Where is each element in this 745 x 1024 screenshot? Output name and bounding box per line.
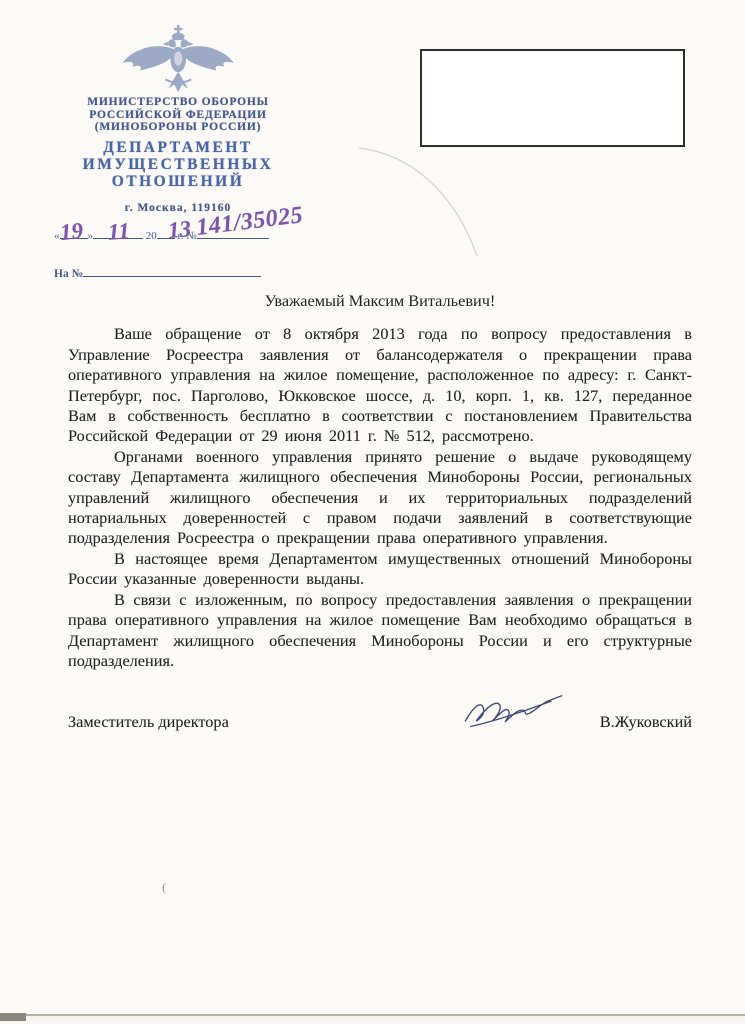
signature-right-group: В.Жуковский xyxy=(460,690,692,732)
letterhead: МИНИСТЕРСТВО ОБОРОНЫ РОССИЙСКОЙ ФЕДЕРАЦИ… xyxy=(52,24,304,280)
paragraph-4: В связи с изложенным, по вопросу предост… xyxy=(68,590,692,672)
ministry-name: МИНИСТЕРСТВО ОБОРОНЫ РОССИЙСКОЙ ФЕДЕРАЦИ… xyxy=(52,96,304,134)
handwritten-year: 13 xyxy=(167,216,192,241)
salutation: Уважаемый Максим Витальевич! xyxy=(68,291,692,311)
stray-scan-mark: ( xyxy=(162,880,166,895)
recipient-redaction-box xyxy=(420,49,685,147)
handwritten-month: 11 xyxy=(107,219,130,243)
paragraph-1: Ваше обращение от 8 октября 2013 года по… xyxy=(68,324,692,446)
scan-bottom-edge xyxy=(0,1014,745,1024)
department-name: ДЕПАРТАМЕНТ ИМУЩЕСТВЕННЫХ ОТНОШЕНИЙ xyxy=(52,139,304,190)
letter-body: Уважаемый Максим Витальевич! Ваше обраще… xyxy=(68,291,692,671)
scanned-letter-page: МИНИСТЕРСТВО ОБОРОНЫ РОССИЙСКОЙ ФЕДЕРАЦИ… xyxy=(0,0,745,1024)
paragraph-2: Органами военного управления принято реш… xyxy=(68,447,692,549)
date-number-form-line: «» 20 г. № 19 11 13 141/35025 xyxy=(52,228,304,250)
reference-blank xyxy=(83,266,261,277)
department-name-line: ИМУЩЕСТВЕННЫХ xyxy=(52,156,304,173)
paragraph-3: В настоящее время Департаментом имуществ… xyxy=(68,549,692,590)
century-prefix: 20 xyxy=(146,230,157,242)
signature-block: Заместитель директора В.Жуковский xyxy=(68,690,692,732)
signer-name: В.Жуковский xyxy=(600,712,692,732)
reference-label: На № xyxy=(54,268,83,280)
handwritten-signature-icon xyxy=(460,690,586,734)
ministry-name-line: РОССИЙСКОЙ ФЕДЕРАЦИИ xyxy=(52,109,304,122)
ministry-name-line: (МИНОБОРОНЫ РОССИИ) xyxy=(52,121,304,134)
mod-eagle-emblem-icon xyxy=(119,24,237,94)
scan-bottom-edge-corner xyxy=(0,1013,26,1021)
signer-title: Заместитель директора xyxy=(68,712,229,732)
handwritten-day: 19 xyxy=(59,218,84,243)
incoming-reference-line: На № xyxy=(52,266,304,280)
department-name-line: ДЕПАРТАМЕНТ xyxy=(52,139,304,156)
department-name-line: ОТНОШЕНИЙ xyxy=(52,173,304,190)
scan-crease-arc xyxy=(355,138,500,260)
ministry-name-line: МИНИСТЕРСТВО ОБОРОНЫ xyxy=(52,96,304,109)
